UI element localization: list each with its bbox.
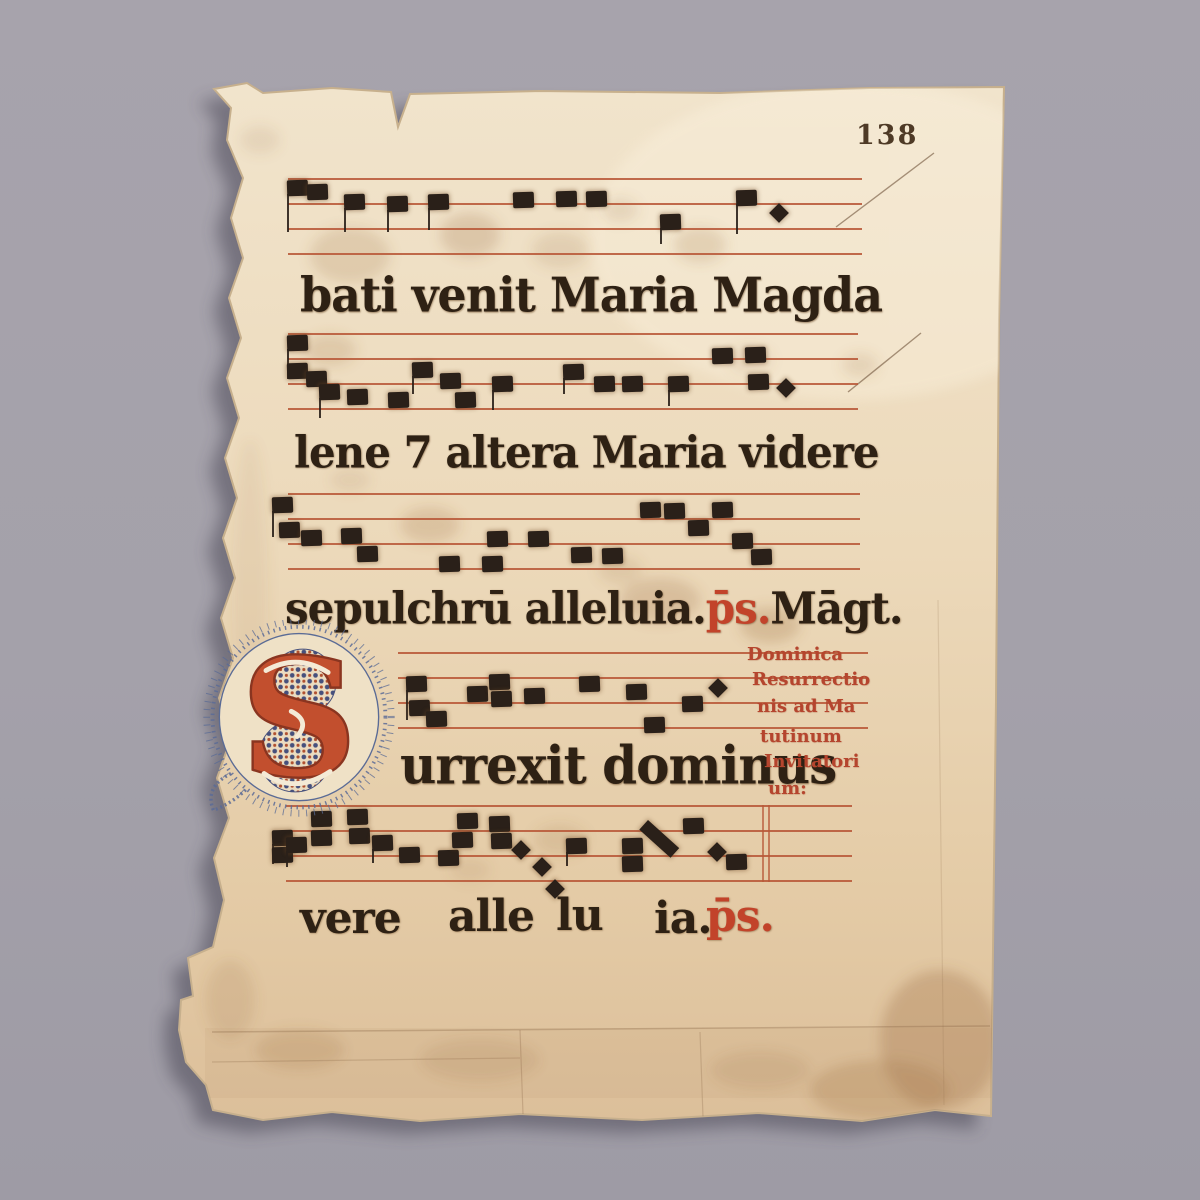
note-stem xyxy=(412,376,414,394)
rubric-line: Resurrectio xyxy=(752,669,870,690)
neume-square xyxy=(307,184,329,201)
neume-square xyxy=(344,194,366,211)
neume-square xyxy=(426,711,448,728)
neume-square xyxy=(491,691,513,708)
neume-square xyxy=(287,335,309,352)
neume-square xyxy=(467,686,489,703)
note-stem xyxy=(406,690,408,720)
manuscript-content: 138 bati venit Maria Magda lene 7 altera… xyxy=(0,0,1200,1200)
neume-square xyxy=(712,348,734,365)
chant-text-line-3-tail: Māgt. xyxy=(770,583,902,634)
note-stem xyxy=(286,851,288,867)
folio-number: 138 xyxy=(856,120,918,151)
stave-line xyxy=(288,228,862,230)
chant-word: ia. xyxy=(654,893,712,944)
chant-word: lu xyxy=(556,890,603,941)
neume-square xyxy=(602,548,624,565)
note-stem xyxy=(660,228,662,244)
neume-square xyxy=(491,833,513,850)
neume-square xyxy=(682,696,704,713)
neume-square xyxy=(440,373,462,390)
neume-square xyxy=(387,196,409,213)
neume-square xyxy=(286,837,308,854)
neume-square xyxy=(287,180,309,197)
neume-square xyxy=(571,547,593,564)
neume-square xyxy=(556,191,578,208)
neume-square xyxy=(626,684,648,701)
neume-square xyxy=(489,674,511,691)
neume-square xyxy=(668,376,690,393)
neume-diamond xyxy=(776,378,796,398)
neume-square xyxy=(388,392,410,409)
neume-square xyxy=(487,531,509,548)
rubric-line: tutinum xyxy=(760,726,842,747)
psalm-abbreviation-red: p̄s. xyxy=(706,891,774,942)
neume-square xyxy=(482,556,504,573)
photo-backdrop: 138 bati venit Maria Magda lene 7 altera… xyxy=(0,0,1200,1200)
note-stem xyxy=(668,390,670,406)
neume-oblique xyxy=(639,820,679,858)
neume-square xyxy=(563,364,585,381)
neume-square xyxy=(745,347,767,364)
chant-word: alle xyxy=(448,891,534,942)
neume-square xyxy=(357,546,379,563)
neume-square xyxy=(279,522,301,539)
illuminated-initial-S: S xyxy=(201,620,397,824)
neume-square xyxy=(438,850,460,867)
rubric-line: Invitatori xyxy=(764,751,859,772)
neume-square xyxy=(748,374,770,391)
note-stem xyxy=(272,511,274,537)
neume-square xyxy=(372,835,394,852)
note-stem xyxy=(344,208,346,232)
neume-square xyxy=(272,497,294,514)
note-stem xyxy=(563,378,565,394)
neume-square xyxy=(457,813,479,830)
neume-square xyxy=(579,676,601,693)
neume-square xyxy=(399,847,421,864)
neume-square xyxy=(492,376,514,393)
neume-square xyxy=(683,818,705,835)
neume-diamond xyxy=(708,678,728,698)
rubric-line: nis ad Ma xyxy=(757,696,855,717)
neume-square xyxy=(311,830,333,847)
neume-square xyxy=(712,502,734,519)
neume-square xyxy=(622,856,644,873)
neume-square xyxy=(452,832,474,849)
neume-square xyxy=(732,533,754,550)
note-stem xyxy=(372,849,374,863)
neume-square xyxy=(566,838,588,855)
note-stem xyxy=(492,390,494,410)
neume-square xyxy=(455,392,477,409)
neume-square xyxy=(586,191,608,208)
neume-square xyxy=(622,838,644,855)
note-stem xyxy=(428,208,430,230)
stave-line xyxy=(288,543,860,545)
rubric-line: um: xyxy=(768,778,807,799)
neume-square xyxy=(301,530,323,547)
neume-square xyxy=(439,556,461,573)
stave-line xyxy=(288,518,860,520)
note-stem xyxy=(566,852,568,866)
neume-square xyxy=(319,384,341,401)
note-stem xyxy=(387,210,389,232)
neume-square xyxy=(513,192,535,209)
rubric-line: Dominica xyxy=(747,644,843,665)
stave-line xyxy=(288,253,862,255)
stave-line xyxy=(288,383,858,385)
note-stem xyxy=(319,398,321,418)
neume-diamond xyxy=(707,842,727,862)
neume-square xyxy=(751,549,773,566)
stave-line xyxy=(288,408,858,410)
neume-square xyxy=(412,362,434,379)
stave-line xyxy=(288,358,858,360)
neume-square xyxy=(349,828,371,845)
neume-square xyxy=(640,502,662,519)
neume-square xyxy=(660,214,682,231)
neume-square xyxy=(726,854,748,871)
chant-text-line-2: lene 7 altera Maria videre xyxy=(294,427,879,478)
stave-line xyxy=(288,333,858,335)
neume-square xyxy=(622,376,644,393)
neume-square xyxy=(528,531,550,548)
neume-square xyxy=(347,389,369,406)
neume-square xyxy=(489,816,511,833)
stave-line xyxy=(288,493,860,495)
neume-diamond xyxy=(532,857,552,877)
stave-line xyxy=(288,568,860,570)
stave-line xyxy=(288,178,862,180)
neume-square xyxy=(341,528,363,545)
neume-square xyxy=(524,688,546,705)
chant-word: vere xyxy=(300,893,401,944)
neume-square xyxy=(688,520,710,537)
stave-barline xyxy=(762,805,764,882)
note-stem xyxy=(287,194,289,232)
neume-square xyxy=(594,376,616,393)
neume-square xyxy=(428,194,450,211)
psalm-abbreviation-red: p̄s. xyxy=(706,583,771,634)
chant-text-line-1: bati venit Maria Magda xyxy=(300,267,882,323)
neume-square xyxy=(644,717,666,734)
neume-square xyxy=(736,190,758,207)
note-stem xyxy=(736,204,738,234)
neume-square xyxy=(406,676,428,693)
neume-square xyxy=(664,503,686,520)
neume-diamond xyxy=(769,203,789,223)
stave-barline xyxy=(768,805,770,882)
